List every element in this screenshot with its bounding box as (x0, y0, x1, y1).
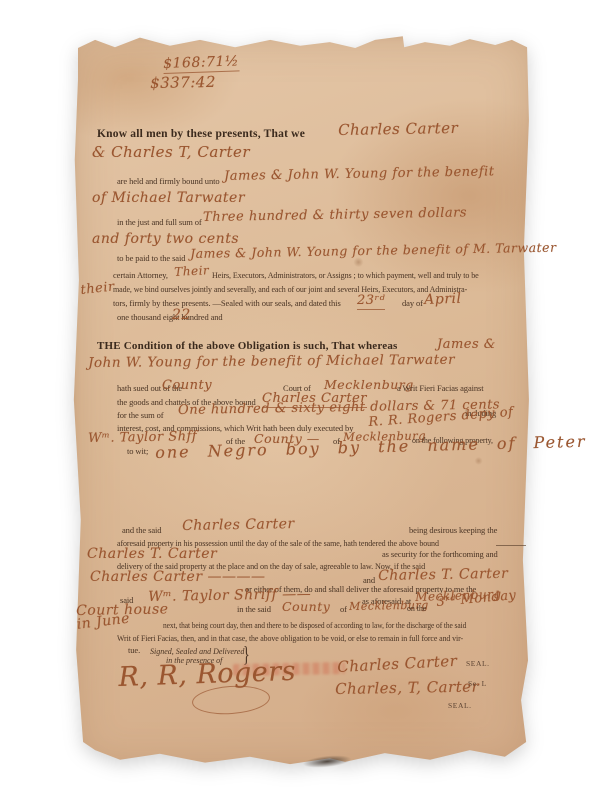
printed-seal-2: Se. L (468, 680, 487, 688)
printed-to-wit: to wit; (127, 447, 148, 456)
printed-for-sum: for the sum of (117, 411, 164, 420)
hand-obligor-name-2: & Charles T, Carter (92, 145, 250, 161)
printed-in-the-said: in the said (237, 605, 271, 614)
document-text-layer: $168:71½$337:42Know all men by these pre… (0, 0, 600, 800)
hand-principal: Charles Carter (182, 517, 295, 534)
hand-obligees: James & John W. Young for the benefit (224, 165, 495, 183)
hand-year: 22 (172, 308, 191, 323)
hand-signature-1: Charles Carter (337, 654, 458, 676)
printed-writ-against: a Writ Fieri Facias against (397, 384, 484, 393)
printed-attorney-post: Heirs, Executors, Administrators, or Ass… (212, 271, 479, 280)
printed-seal-3: SEAL. (448, 702, 472, 710)
top-figure-1: $168:71½ (163, 54, 239, 73)
blank-rule (496, 545, 526, 546)
printed-of-2: of (340, 605, 347, 614)
hand-month: April (424, 292, 462, 308)
heading-condition: THE Condition of the above Obligation is… (97, 341, 398, 353)
hand-day: 23ʳᵈ (357, 294, 385, 310)
hand-obligor-name: Charles Carter (338, 121, 458, 139)
document-photo: $168:71½$337:42Know all men by these pre… (0, 0, 600, 800)
hand-county-1: County (162, 379, 212, 393)
printed-seal-1: SEAL. (466, 660, 490, 668)
hand-their-inline: Their (174, 264, 210, 278)
printed-bind-ourselves: made, we bind ourselves jointly and seve… (113, 285, 467, 294)
hand-signature-2: Charles, T, Carter (335, 679, 479, 697)
printed-on-the: on the (407, 605, 426, 613)
printed-attorney-pre: certain Attorney, (113, 271, 168, 280)
printed-day-of: day of (402, 299, 423, 308)
margin-note-their: their (80, 280, 115, 297)
hand-witness-signature: R, R, Rogers (118, 658, 296, 693)
printed-writ-void: Writ of Fieri Facias, then, and in that … (117, 634, 463, 643)
hand-property: one Negro boy by the name of Peter (155, 434, 587, 462)
hand-security: Charles T. Carter (87, 547, 217, 562)
hand-sum: Three hundred & thirty seven dollars (203, 206, 467, 224)
printed-desirous: being desirous keeping the (409, 526, 497, 535)
hand-payees: James & John W. Young for the benefit of… (190, 241, 557, 261)
printed-paid-to: to be paid to the said (117, 254, 185, 263)
hand-principal-2: Charles Carter ———— (90, 570, 265, 585)
hand-whereas: James & (437, 338, 496, 352)
top-figure-2: $337:42 (150, 75, 216, 92)
hand-county-3: County (282, 600, 330, 613)
printed-bound-unto: are held and firmly bound unto (117, 177, 220, 186)
printed-year: one thousand eight hundred and (117, 313, 223, 322)
hand-whereas-2: John W. Young for the benefit of Michael… (88, 353, 455, 370)
hand-sum-2: and forty two cents (92, 232, 239, 247)
hand-security-2: Charles T. Carter (378, 567, 508, 584)
printed-sealed-dated: tors, firmly by these presents. —Sealed … (113, 299, 341, 308)
printed-next-court-day: next, that being court day, then and the… (163, 621, 466, 630)
ink-smudge (303, 754, 352, 770)
heading-know-all-men: Know all men by these presents, That we (97, 128, 305, 140)
printed-and-the-said: and the said (122, 526, 161, 535)
printed-sum-label: in the just and full sum of (117, 218, 202, 227)
hand-obligees-2: of Michael Tarwater (92, 191, 245, 206)
printed-tue: tue. (128, 646, 140, 655)
printed-as-security: as security for the forthcoming and (382, 550, 498, 559)
